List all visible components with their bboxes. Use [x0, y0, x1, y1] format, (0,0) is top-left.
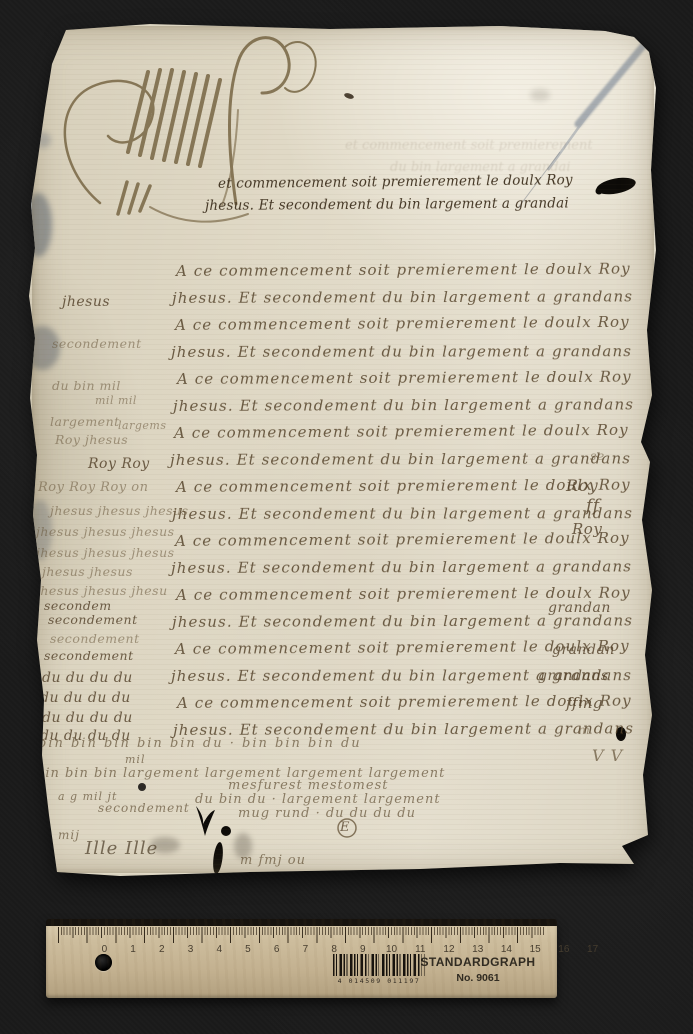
body-line: jhesus. Et secondement du bin largement …: [171, 557, 632, 577]
body-line: jhesus. Et secondement du bin largement …: [173, 395, 634, 415]
parchment-wrap: et commencement soit premierement du bin…: [0, 0, 693, 1034]
margin-note: grandan: [548, 600, 611, 616]
ruler-number: 4: [205, 944, 234, 955]
practice-note: mil: [125, 753, 145, 766]
ruler-brand: STANDARDGRAPH No. 9061: [407, 955, 549, 984]
ghost-line: et commencement soit premierement: [345, 138, 593, 153]
margin-note: secondement: [48, 612, 138, 627]
heading-line: et commencement soit premierement le dou…: [218, 172, 573, 192]
body-line: A ce commencement soit premierement le d…: [176, 260, 631, 280]
body-line: A ce commencement soit premierement le d…: [175, 313, 630, 334]
margin-note: ffmg: [566, 694, 603, 712]
margin-note: ff: [586, 496, 600, 516]
ruler-number: 16: [550, 944, 579, 955]
practice-note: mesfurest mestomest: [228, 778, 388, 793]
margin-note: se: [590, 448, 605, 463]
practice-note: V V: [592, 746, 623, 765]
margin-note: Roy: [566, 476, 598, 495]
ruler-number: 3: [176, 944, 205, 955]
margin-note: secondement: [44, 648, 134, 663]
model-label: No. 9061: [407, 972, 549, 984]
margin-note: secondement: [52, 336, 142, 351]
body-line: jhesus. Et secondement du bin largement …: [172, 504, 633, 523]
body-line: A ce commencement soit premierement le d…: [174, 421, 629, 442]
practice-note: secondement: [98, 801, 190, 815]
body-line: A ce commencement soit premierement le d…: [177, 692, 632, 712]
margin-note: jhesus jhesus jhesus: [36, 524, 175, 539]
practice-note: du bin du · largement largement: [195, 792, 441, 807]
brand-label: STANDARDGRAPH: [407, 955, 549, 969]
margin-note: jhesus jhesus jhesus: [36, 545, 175, 560]
ruler-number: 1: [119, 944, 148, 955]
margin-note: jhesus jhesus jhesus: [50, 503, 189, 518]
margin-note: Roy Roy Roy on: [38, 480, 148, 495]
ruler-number: 14: [492, 944, 521, 955]
photo-background: et commencement soit premierement du bin…: [0, 0, 693, 1034]
margin-note: secondement: [50, 631, 140, 646]
ruler-number: 6: [262, 944, 291, 955]
margin-note: Roy Roy: [88, 456, 150, 472]
body-line: A ce commencement soit premierement le d…: [176, 476, 631, 496]
ruler: 0 1 2 3 4 5 6 7 8 9 10 11 12 13 14 15 16…: [46, 919, 557, 998]
practice-note: m fmj ou: [240, 853, 306, 868]
practice-note: mij: [58, 828, 80, 842]
margin-note: jhesus jhesus: [42, 564, 133, 579]
margin-note: jhesus: [62, 294, 110, 310]
ruler-number: 12: [435, 944, 464, 955]
ruler-number: 5: [234, 944, 263, 955]
margin-note: largems: [118, 419, 166, 432]
margin-note: Roy jhesus: [55, 432, 128, 447]
ruler-ticks: [58, 927, 546, 943]
body-line: jhesus. Et secondement du bin largement …: [170, 449, 631, 469]
body-line: A ce commencement soit premierement le d…: [175, 529, 630, 550]
body-line: A ce commencement soit premierement le d…: [177, 368, 632, 388]
margin-note: grandans: [538, 668, 609, 684]
body-line: jhesus. Et secondement du bin largement …: [172, 287, 633, 307]
margin-note: Roy: [572, 520, 602, 538]
ruler-number: 2: [147, 944, 176, 955]
parchment-page: et commencement soit premierement du bin…: [0, 0, 693, 1034]
practice-note: Ille Ille: [85, 838, 158, 859]
pen-flourish-icon: [65, 38, 316, 222]
ruler-number: 15: [521, 944, 550, 955]
margin-note: du du du du: [42, 670, 133, 686]
margin-note: m: [578, 722, 590, 737]
margin-note: grandan: [552, 642, 615, 658]
ruler-number: 17: [578, 944, 607, 955]
heading-line: jhesus. Et secondement du bin largement …: [205, 195, 569, 214]
practice-note: mug rund · du du du du: [238, 806, 416, 821]
margin-note: mil mil: [95, 394, 137, 407]
ink-speck: [343, 92, 354, 100]
ruler-hole: [95, 954, 112, 971]
margin-note: du bin mil: [52, 378, 121, 393]
margin-note: largement: [50, 414, 120, 429]
ruler-number: 13: [463, 944, 492, 955]
margin-note: secondem: [44, 598, 112, 613]
margin-note: du du du du: [40, 690, 131, 706]
practice-note: bin bin bin bin bin du · bin bin bin du: [38, 736, 362, 751]
margin-note: du du du du: [42, 710, 133, 726]
circled-letter: E: [340, 820, 350, 835]
margin-note: jhesus jhesus jhesu: [36, 583, 168, 598]
ruler-number: 7: [291, 944, 320, 955]
body-line: jhesus. Et secondement du bin largement …: [171, 342, 632, 361]
